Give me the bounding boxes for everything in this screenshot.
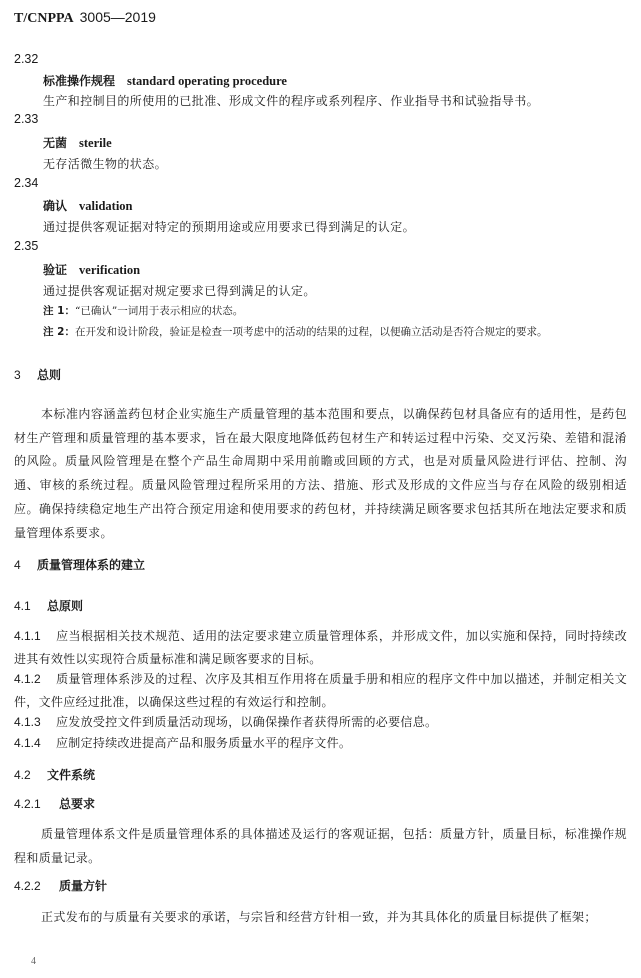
clause-number: 4.1.1 (14, 625, 56, 648)
term-number: 2.35 (14, 239, 38, 253)
subsubsection-title: 总要求 (59, 797, 95, 811)
subsection-heading: 4.2文件系统 (14, 766, 95, 783)
term-definition: 生产和控制目的所使用的已批准、形成文件的程序或系列程序、作业指导书和试验指导书。 (43, 92, 539, 109)
body-paragraph: 质量管理体系文件是质量管理体系的具体描述及运行的客观证据，包括：质量方针，质量目… (14, 823, 627, 870)
subsection-number: 4.2 (14, 768, 47, 782)
clause-number: 4.1.2 (14, 668, 56, 691)
subsubsection-heading: 4.2.2质量方针 (14, 877, 107, 894)
term-title: 确认validation (43, 197, 133, 214)
term-zh: 验证 (43, 263, 67, 277)
term-en: standard operating procedure (127, 74, 287, 88)
clause-number: 4.1.4 (14, 732, 56, 755)
subsection-number: 4.1 (14, 599, 47, 613)
term-en: verification (79, 263, 140, 277)
section-heading: 3总则 (14, 366, 61, 383)
term-definition: 通过提供客观证据对规定要求已得到满足的认定。 (43, 282, 316, 299)
clause: 4.1.2质量管理体系涉及的过程、次序及其相互作用将在质量手册和相应的程序文件中… (14, 668, 627, 714)
term-definition: 通过提供客观证据对特定的预期用途或应用要求已得到满足的认定。 (43, 218, 415, 235)
term-zh: 确认 (43, 199, 67, 213)
clause-text: 应发放受控文件到质量活动现场，以确保操作者获得所需的必要信息。 (56, 715, 437, 729)
subsection-title: 总原则 (47, 599, 83, 613)
subsubsection-number: 4.2.2 (14, 879, 59, 893)
clause: 4.1.3应发放受控文件到质量活动现场，以确保操作者获得所需的必要信息。 (14, 711, 627, 734)
term-en: sterile (79, 136, 112, 150)
term-number: 2.33 (14, 112, 38, 126)
term-title: 验证verification (43, 261, 140, 278)
term-number: 2.34 (14, 176, 38, 190)
standard-number-year: 3005—2019 (80, 9, 156, 25)
term-title: 无菌sterile (43, 134, 112, 151)
document-header: T/CNPPA3005—2019 (14, 9, 156, 27)
note-label: 注 2： (43, 326, 75, 338)
note: 注 2：在开发和设计阶段，验证是检查一项考虑中的活动的结果的过程，以便确立活动是… (43, 324, 547, 339)
term-zh: 标准操作规程 (43, 74, 115, 88)
term-title: 标准操作规程standard operating procedure (43, 72, 287, 89)
term-zh: 无菌 (43, 136, 67, 150)
term-definition: 无存活微生物的状态。 (43, 155, 167, 172)
subsection-title: 文件系统 (47, 768, 95, 782)
body-paragraph: 本标准内容涵盖药包材企业实施生产质量管理的基本范围和要点，以确保药包材具备应有的… (14, 403, 627, 545)
clause: 4.1.1应当根据相关技术规范、适用的法定要求建立质量管理体系，并形成文件，加以… (14, 625, 627, 671)
note-label: 注 1： (43, 305, 75, 317)
body-paragraph: 正式发布的与质量有关要求的承诺，与宗旨和经营方针相一致，并为其具体化的质量目标提… (14, 906, 627, 930)
section-title: 质量管理体系的建立 (37, 558, 145, 572)
standard-code: T/CNPPA (14, 11, 74, 26)
term-en: validation (79, 199, 133, 213)
subsubsection-number: 4.2.1 (14, 797, 59, 811)
term-number: 2.32 (14, 52, 38, 66)
note-text: 在开发和设计阶段，验证是检查一项考虑中的活动的结果的过程，以便确立活动是否符合规… (75, 326, 548, 338)
subsubsection-heading: 4.2.1总要求 (14, 795, 95, 812)
page-number: 4 (31, 956, 36, 967)
section-number: 3 (14, 368, 37, 382)
clause-text: 应当根据相关技术规范、适用的法定要求建立质量管理体系，并形成文件，加以实施和保持… (14, 629, 627, 666)
clause-text: 应制定持续改进提高产品和服务质量水平的程序文件。 (56, 736, 351, 750)
section-title: 总则 (37, 368, 61, 382)
clause-number: 4.1.3 (14, 711, 56, 734)
subsection-heading: 4.1总原则 (14, 597, 83, 614)
subsubsection-title: 质量方针 (59, 879, 107, 893)
note: 注 1：“已确认”一词用于表示相应的状态。 (43, 303, 243, 318)
note-text: “已确认”一词用于表示相应的状态。 (75, 305, 243, 317)
section-number: 4 (14, 558, 37, 572)
section-heading: 4质量管理体系的建立 (14, 556, 145, 573)
clause-text: 质量管理体系涉及的过程、次序及其相互作用将在质量手册和相应的程序文件中加以描述，… (14, 672, 627, 709)
clause: 4.1.4应制定持续改进提高产品和服务质量水平的程序文件。 (14, 732, 627, 755)
